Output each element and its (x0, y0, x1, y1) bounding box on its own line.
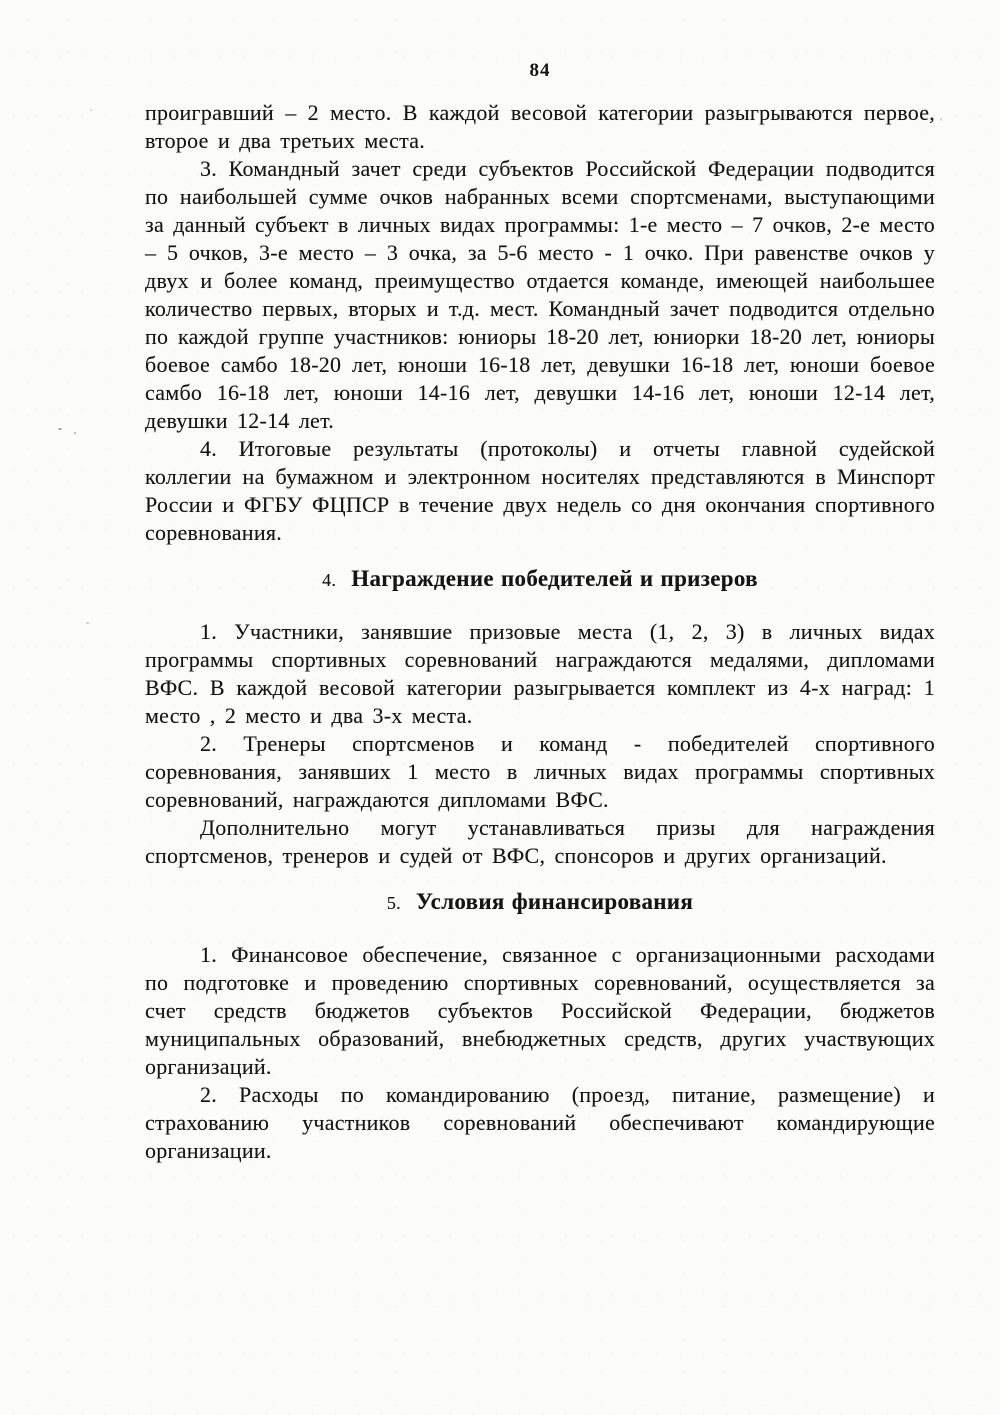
section-number: 4. (322, 570, 336, 590)
paragraph-team-scoring: 3. Командный зачет среди субъектов Росси… (145, 155, 935, 435)
paragraph-awards-coaches: 2. Тренеры спортсменов и команд - победи… (145, 730, 935, 814)
paragraph-financing-sources: 1. Финансовое обеспечение, связанное с о… (145, 941, 935, 1081)
paragraph-final-reports: 4. Итоговые результаты (протоколы) и отч… (145, 435, 935, 547)
section-number: 5. (387, 893, 401, 913)
section-heading-financing: 5.Условия финансирования (145, 888, 935, 917)
paragraph-financing-travel-insurance: 2. Расходы по командированию (проезд, пи… (145, 1081, 935, 1165)
scan-artifact (74, 432, 76, 434)
paragraph-weight-category-continuation: проигравший – 2 место. В каждой весовой … (145, 99, 935, 155)
scanned-document-page: 84 проигравший – 2 место. В каждой весов… (0, 0, 1000, 1415)
scan-artifact (86, 622, 89, 624)
page-number: 84 (145, 60, 935, 82)
paragraph-awards-additional-prizes: Дополнительно могут устанавливаться приз… (145, 814, 935, 870)
scan-artifact (940, 118, 942, 121)
section-title: Условия финансирования (416, 889, 693, 914)
paragraph-awards-participants: 1. Участники, занявшие призовые места (1… (145, 618, 935, 730)
scan-artifact (58, 428, 62, 430)
section-heading-awards: 4.Награждение победителей и призеров (145, 565, 935, 594)
section-title: Награждение победителей и призеров (351, 566, 758, 591)
document-body: проигравший – 2 место. В каждой весовой … (145, 99, 935, 1165)
scan-artifact (90, 109, 92, 111)
